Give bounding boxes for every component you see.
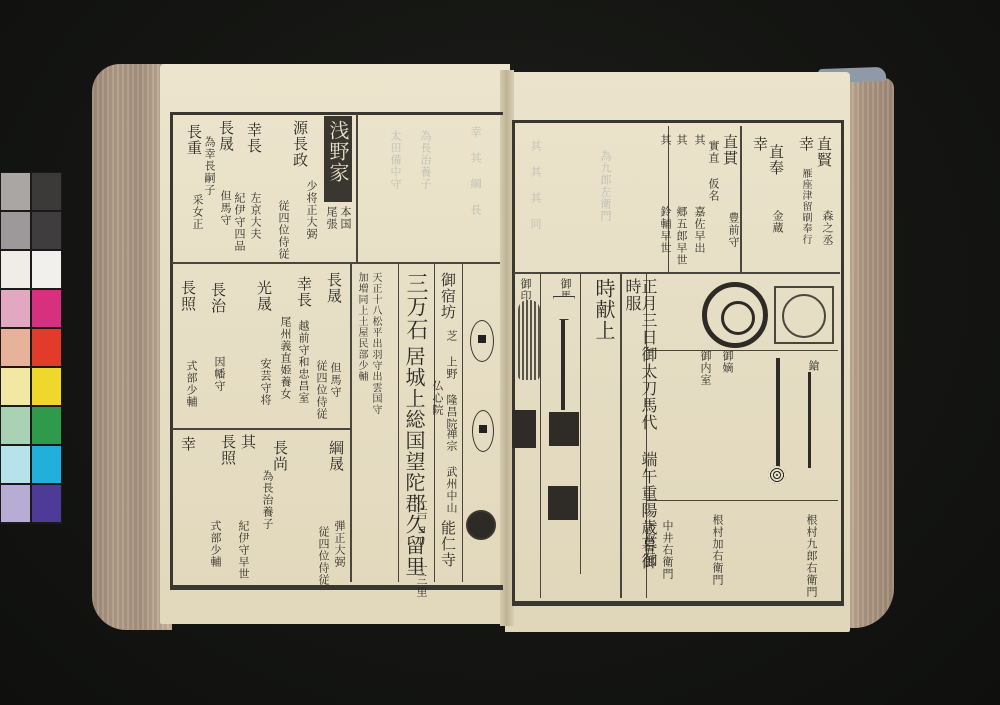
stipend: 三万石: [404, 272, 426, 341]
color-patch: [32, 446, 61, 483]
entry-name: 直奉: [768, 144, 783, 176]
spiral-icon: [768, 466, 786, 484]
standard-pole: [561, 320, 565, 410]
entry-name: 幸長: [296, 276, 311, 308]
entry-note: 但馬守: [330, 362, 341, 398]
entry-name: 長尚: [272, 440, 287, 472]
label: 御印: [520, 278, 531, 302]
official-name: 根村九郎右衛門: [806, 514, 817, 598]
entry-name: 其: [660, 134, 671, 146]
standard-base-icon: [548, 486, 578, 520]
temple-entry: 能仁寺: [440, 520, 455, 568]
lodging-label: 御宿坊: [440, 272, 455, 320]
entry-note: 豊前守: [728, 212, 739, 248]
entry-name: 長重: [186, 124, 201, 156]
ceremony-title: 時献上: [594, 278, 614, 341]
entry-note: 但馬守: [220, 190, 231, 226]
entry-note: 為幸長嗣子: [204, 136, 215, 196]
divider: [462, 264, 463, 582]
entry-note: 式部少輔: [186, 360, 197, 408]
divider: [740, 126, 742, 272]
color-patch: [32, 290, 61, 327]
entry-name: 光晟: [256, 280, 271, 312]
label: 御嫡: [722, 350, 733, 374]
alternate-crest-icon: [774, 286, 834, 344]
color-patch: [32, 251, 61, 288]
color-patch: [32, 173, 61, 210]
entry-note: 左京大夫: [250, 192, 261, 240]
official-name: 下取五郎: [644, 520, 655, 568]
divider: [646, 350, 838, 351]
divider: [172, 428, 352, 430]
entry-name: 其: [240, 434, 255, 450]
entry-note: 金蔵: [772, 210, 783, 234]
color-patch: [1, 485, 30, 522]
color-patch: [1, 329, 30, 366]
entry-name: 其: [694, 134, 705, 146]
divider: [646, 500, 838, 501]
entry-name: 幸長: [246, 122, 261, 154]
color-patch: [32, 485, 61, 522]
spear-icon: [808, 372, 811, 468]
temple-entry: 禅宗 武州中山: [446, 428, 457, 514]
color-patch: [1, 173, 30, 210]
official-name: 中井右衛門: [662, 520, 673, 580]
color-patch: [32, 212, 61, 249]
title-sub: 本国: [340, 206, 351, 230]
entry-name: 幸: [798, 136, 813, 152]
color-calibration-strip: [0, 172, 62, 524]
family-title-box: 浅野家: [324, 116, 352, 202]
label: 鎗: [808, 360, 819, 372]
entry-note: 式部少輔: [210, 520, 221, 568]
color-patch: [32, 407, 61, 444]
entry-note: 鈴輔早世: [660, 206, 671, 254]
divider: [356, 114, 358, 262]
color-patch: [1, 368, 30, 405]
lantern-icon: [470, 320, 494, 362]
official-name: 根村加右衛門: [712, 514, 723, 586]
title-sub: 尾張: [326, 206, 337, 230]
color-patch: [32, 368, 61, 405]
divider: [540, 274, 541, 598]
color-patch: [1, 446, 30, 483]
entry-name: 幸: [752, 136, 767, 152]
label: 御内室: [700, 350, 711, 386]
entry-note: 為長治養子: [262, 470, 273, 530]
entry-note: 従四位侍従: [278, 200, 289, 260]
color-patch: [1, 407, 30, 444]
entry-name: 長照: [180, 280, 195, 312]
family-crest-icon: [702, 282, 768, 348]
entry-note: 紀伊守四品: [234, 192, 245, 252]
entry-note: 弾正大弼: [334, 520, 345, 568]
entry-note: 紀伊守早世: [238, 520, 249, 580]
entry-name: 直貫: [722, 134, 737, 166]
entry-name: 長治: [210, 282, 225, 314]
standard-base-icon: [549, 412, 579, 446]
divider: [398, 264, 399, 582]
entry-note: 従四位侍従: [316, 360, 327, 420]
entry-note: 少将正大弼: [306, 180, 317, 240]
entry-note: 安芸守将: [260, 358, 271, 406]
entry-note: 越前守和忠昌室: [298, 320, 309, 404]
divider: [172, 262, 500, 264]
entry-note: 雁座津留刷奉行: [800, 168, 810, 245]
entry-name: 幸: [180, 436, 195, 452]
family-title: 浅野家: [328, 120, 348, 183]
entry-name: 長晟: [326, 272, 341, 304]
color-patch: [1, 290, 30, 327]
distance: 江戸ヨリ 十三里: [416, 500, 427, 598]
temple-entry: 芝 上野 隆昌院: [446, 330, 457, 430]
entry-name: 源長政: [292, 120, 307, 168]
lantern-icon: [472, 410, 494, 452]
color-patch: [1, 251, 30, 288]
lantern-crest-icon: [466, 510, 496, 540]
standard-base-icon: [512, 410, 536, 448]
history-text: 天正十八松平出羽守出雲国守: [370, 272, 380, 572]
divider: [514, 272, 840, 274]
entry-note: 森之丞: [822, 210, 833, 246]
divider: [350, 264, 352, 582]
spear-icon: [776, 358, 780, 468]
color-patch: [1, 212, 30, 249]
entry-note: 嘉佐早出: [694, 206, 705, 254]
entry-note: 郷五郎早世: [676, 206, 687, 266]
tassel-standard-icon: [518, 300, 540, 380]
divider: [434, 264, 435, 582]
entry-note: 尾州義直姫養女: [280, 316, 291, 400]
entry-name: 直賢: [816, 136, 831, 168]
color-patch: [32, 329, 61, 366]
divider: [580, 274, 581, 574]
entry-note: 因幡守: [214, 356, 225, 392]
entry-name: 長照: [220, 434, 235, 466]
entry-name: 綱晟: [328, 440, 343, 472]
entry-name: 實直 仮名: [708, 140, 719, 202]
temple-entry: 仏心院: [432, 380, 443, 416]
entry-name: 其: [676, 134, 687, 146]
entry-name: 長晟: [218, 120, 233, 152]
entry-note: 采女正: [192, 194, 203, 230]
entry-note: 従四位侍従: [318, 526, 329, 586]
divider: [620, 274, 622, 598]
